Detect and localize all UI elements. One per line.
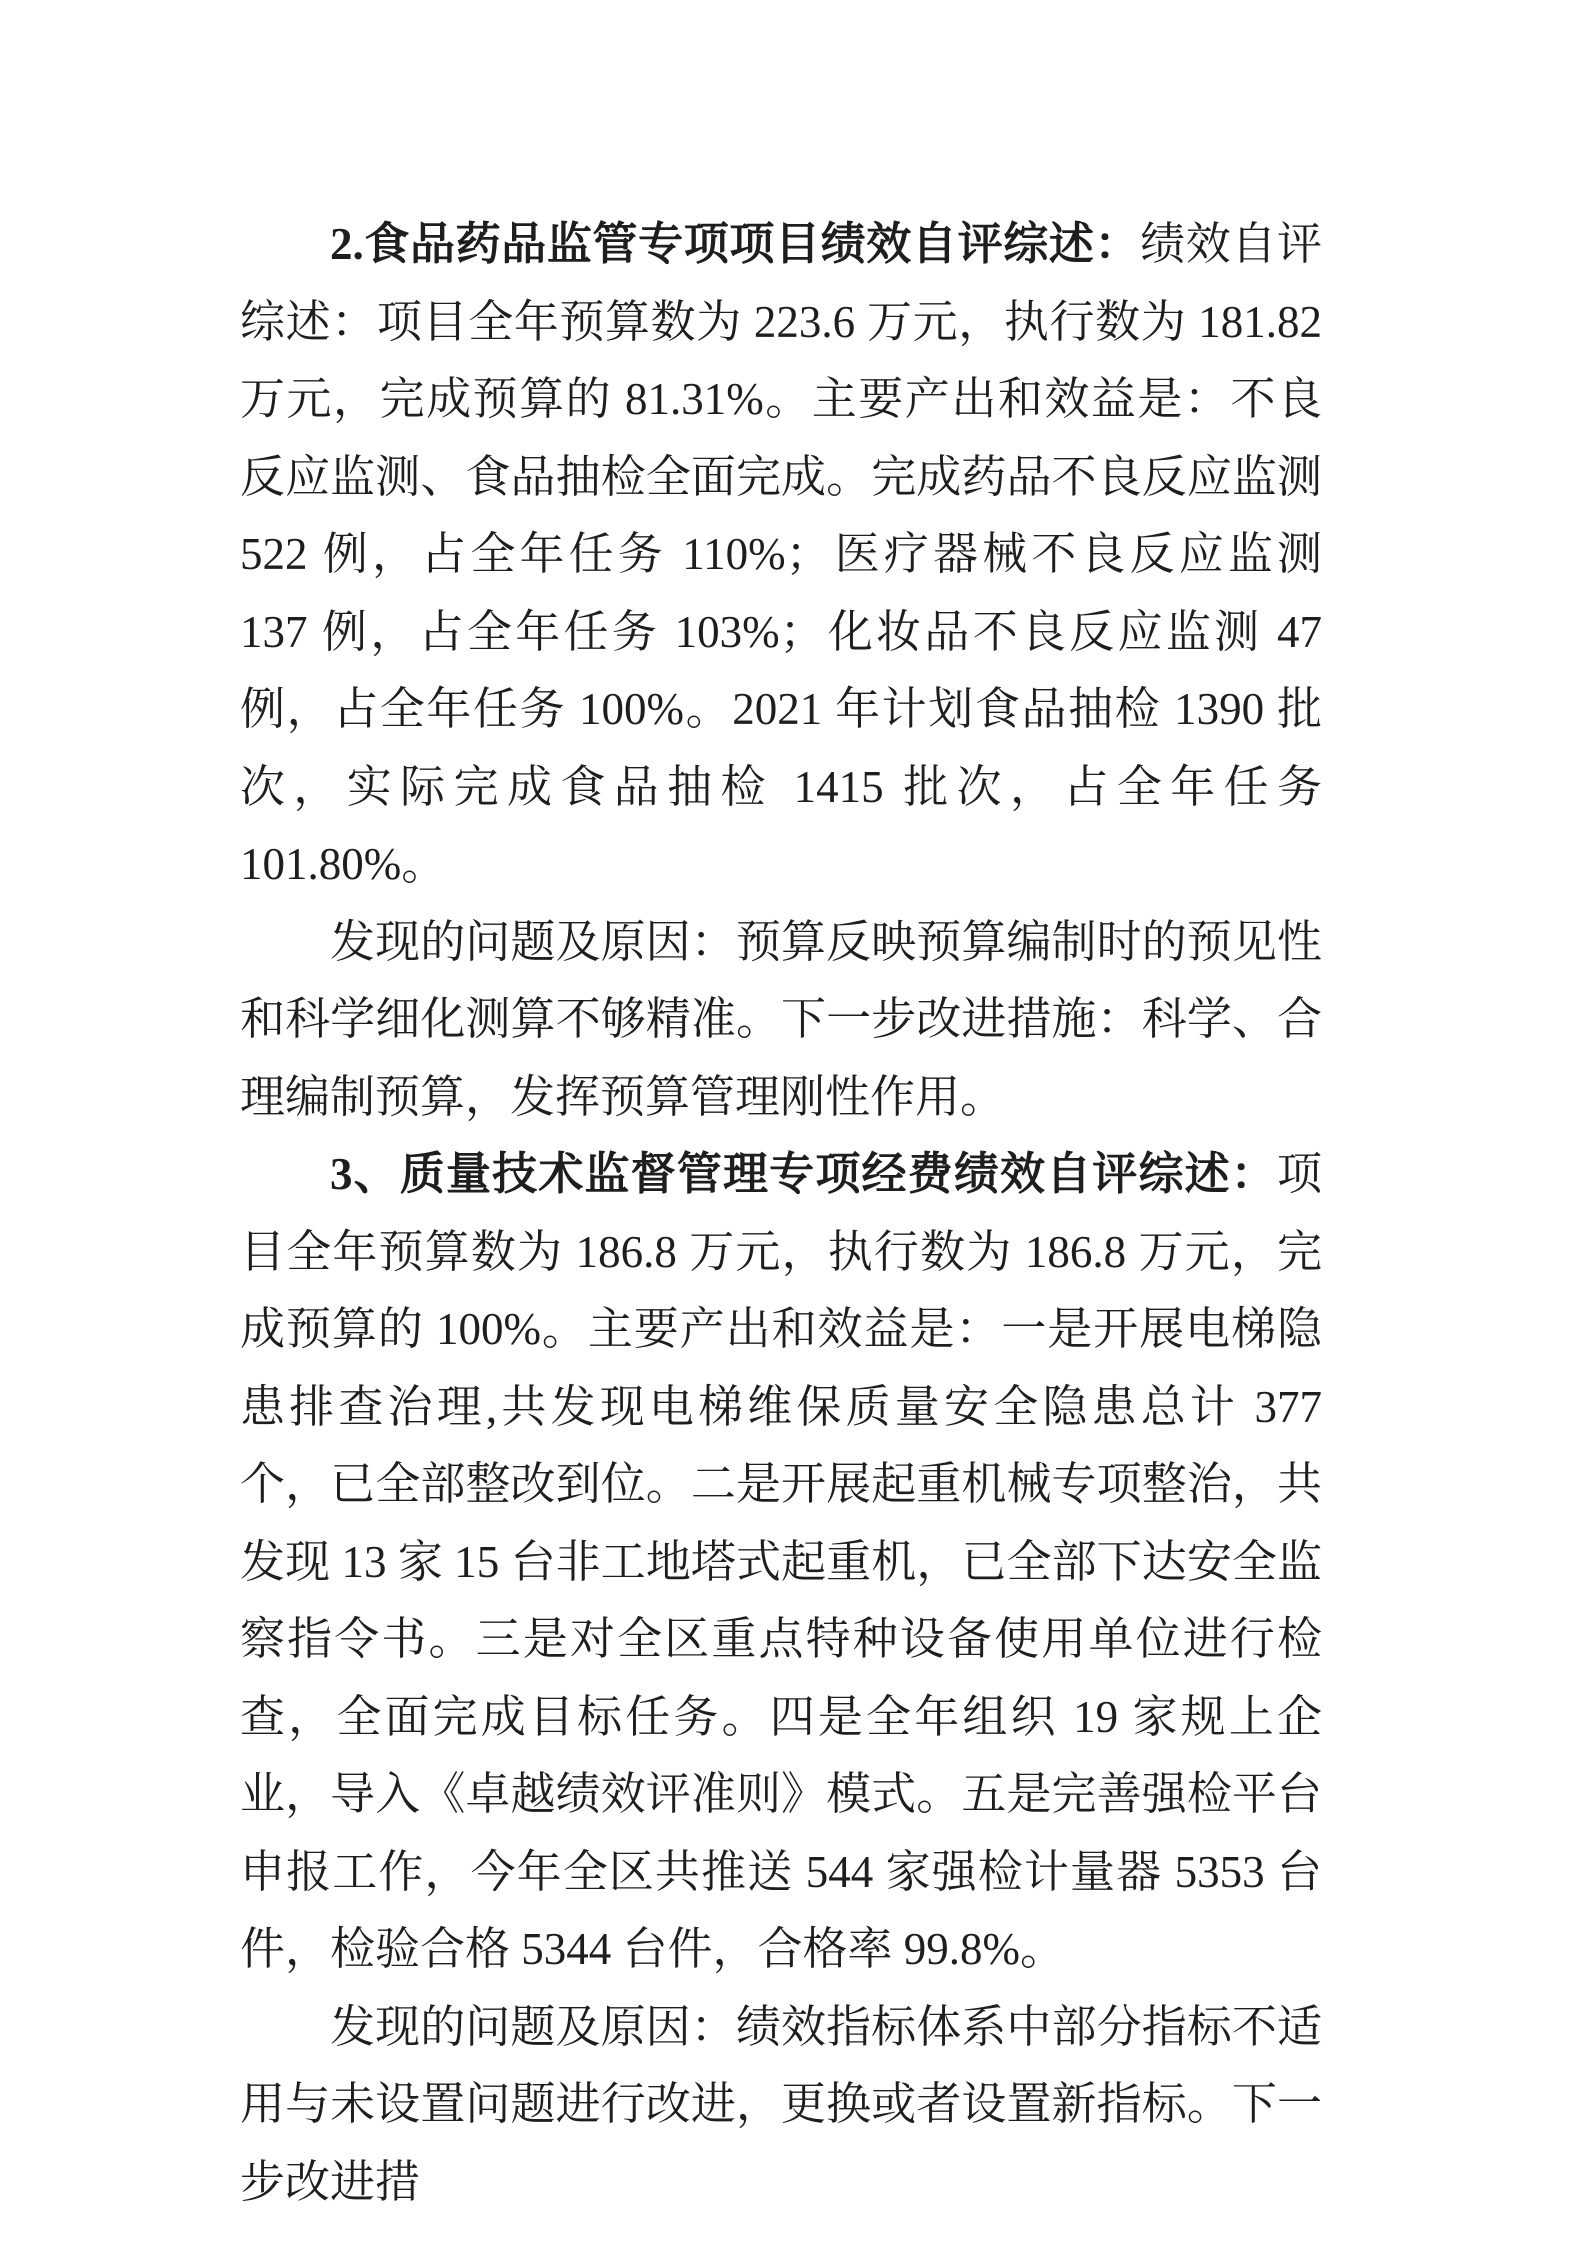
paragraph-lead-heading: 3、质量技术监督管理专项经费绩效自评综述： [330, 1149, 1277, 1199]
document-body: 2.食品药品监管专项项目绩效自评综述：绩效自评综述：项目全年预算数为 223.6… [240, 206, 1322, 2221]
paragraph-text: 发现的问题及原因：绩效指标体系中部分指标不适用与未设置问题进行改进，更换或者设置… [240, 2002, 1322, 2207]
paragraph-lead-heading: 2.食品药品监管专项项目绩效自评综述： [330, 219, 1140, 269]
paragraph-text: 绩效自评综述：项目全年预算数为 223.6 万元，执行数为 181.82 万元，… [240, 219, 1322, 889]
paragraph-food-drug-summary: 2.食品药品监管专项项目绩效自评综述：绩效自评综述：项目全年预算数为 223.6… [240, 206, 1322, 904]
paragraph-text: 项目全年预算数为 186.8 万元，执行数为 186.8 万元，完成预算的 10… [240, 1149, 1322, 1974]
document-page: 2.食品药品监管专项项目绩效自评综述：绩效自评综述：项目全年预算数为 223.6… [0, 0, 1588, 2245]
paragraph-problems-and-causes-2: 发现的问题及原因：绩效指标体系中部分指标不适用与未设置问题进行改进，更换或者设置… [240, 1989, 1322, 2222]
paragraph-quality-tech-summary: 3、质量技术监督管理专项经费绩效自评综述：项目全年预算数为 186.8 万元，执… [240, 1136, 1322, 1989]
paragraph-problems-and-causes-1: 发现的问题及原因：预算反映预算编制时的预见性和科学细化测算不够精准。下一步改进措… [240, 904, 1322, 1137]
paragraph-text: 发现的问题及原因：预算反映预算编制时的预见性和科学细化测算不够精准。下一步改进措… [240, 917, 1322, 1122]
